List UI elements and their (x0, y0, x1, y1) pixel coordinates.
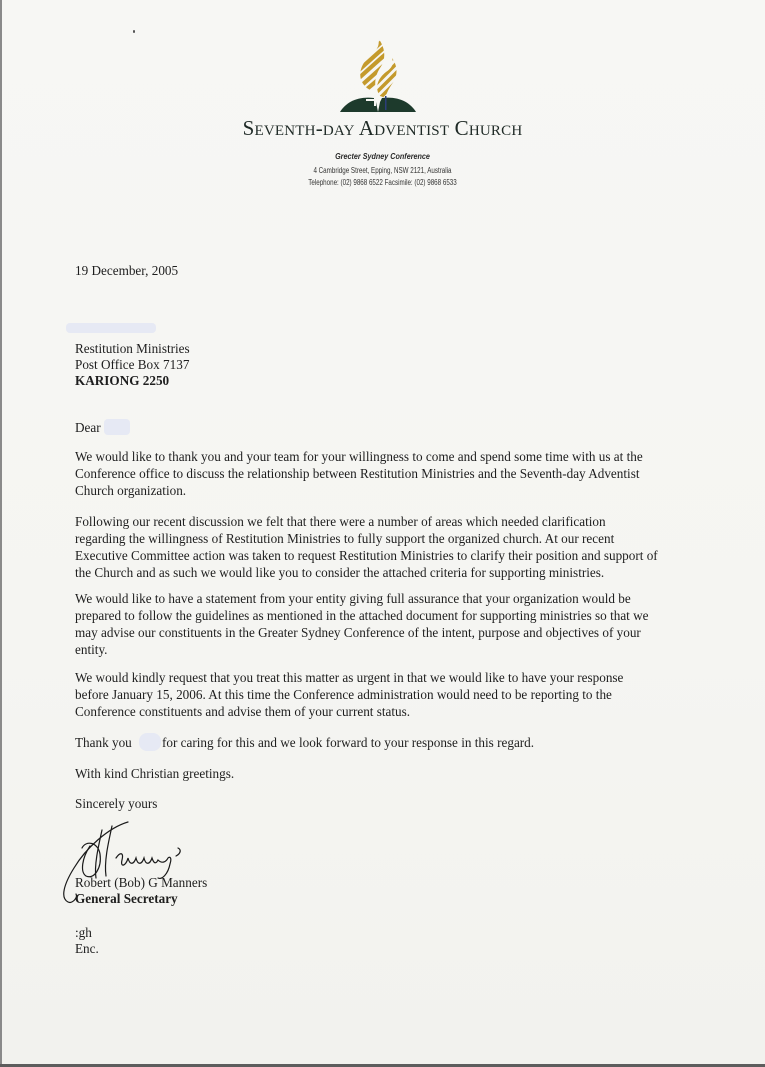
paragraph-line: before January 15, 2006. At this time th… (75, 686, 675, 703)
flame-open-bible-logo-icon (336, 38, 420, 114)
paragraph-line: We would like to thank you and your team… (75, 448, 675, 465)
redacted-recipient-name (66, 323, 156, 333)
letter-date: 19 December, 2005 (75, 262, 178, 279)
paragraph-3: We would like to have a statement from y… (75, 590, 675, 658)
recipient-line-2: Post Office Box 7137 (75, 356, 189, 373)
paragraph-line: prepared to follow the guidelines as men… (75, 607, 675, 624)
recipient-line-1: Restitution Ministries (75, 340, 190, 357)
paragraph-line: may advise our constituents in the Great… (75, 624, 675, 641)
paragraph-line: entity. (75, 641, 675, 658)
paragraph-line: We would like to have a statement from y… (75, 590, 675, 607)
paragraph-line: Conference office to discuss the relatio… (75, 465, 675, 482)
paragraph-line: Following our recent discussion we felt … (75, 513, 675, 530)
closing: Sincerely yours (75, 795, 157, 812)
greeting: With kind Christian greetings. (75, 765, 234, 782)
signer-title: General Secretary (75, 890, 178, 907)
conference-contact: Telephone: (02) 9868 6522 Facsimile: (02… (84, 178, 681, 187)
paragraph-4: We would kindly request that you treat t… (75, 669, 675, 720)
paragraph-line: the Church and as such we would like you… (75, 564, 675, 581)
redacted-thanks-name (139, 733, 161, 751)
conference-name: Grecter Sydney Conference (38, 152, 727, 161)
paragraph-1: We would like to thank you and your team… (75, 448, 675, 499)
letter-page: Seventh-day Adventist Church Grecter Syd… (0, 0, 765, 1067)
paragraph-line: Executive Committee action was taken to … (75, 547, 675, 564)
organization-name: Seventh-day Adventist Church (0, 116, 765, 141)
scan-edge-left (0, 0, 2, 1067)
enclosure-note: Enc. (75, 940, 99, 957)
redacted-salutation-name (104, 419, 130, 435)
typist-initials: :gh (75, 924, 92, 941)
paragraph-line: Conference constituents and advise them … (75, 703, 675, 720)
recipient-line-3: KARIONG 2250 (75, 372, 169, 389)
paragraph-2: Following our recent discussion we felt … (75, 513, 675, 581)
thanks-start: Thank you (75, 734, 132, 751)
scan-speck (133, 30, 135, 33)
conference-address: 4 Cambridge Street, Epping, NSW 2121, Au… (84, 166, 681, 175)
paragraph-line: regarding the willingness of Restitution… (75, 530, 675, 547)
salutation: Dear (75, 419, 101, 436)
signer-name: Robert (Bob) G Manners (75, 874, 207, 891)
thanks-end: for caring for this and we look forward … (162, 734, 534, 751)
paragraph-line: We would kindly request that you treat t… (75, 669, 675, 686)
paragraph-line: Church organization. (75, 482, 675, 499)
